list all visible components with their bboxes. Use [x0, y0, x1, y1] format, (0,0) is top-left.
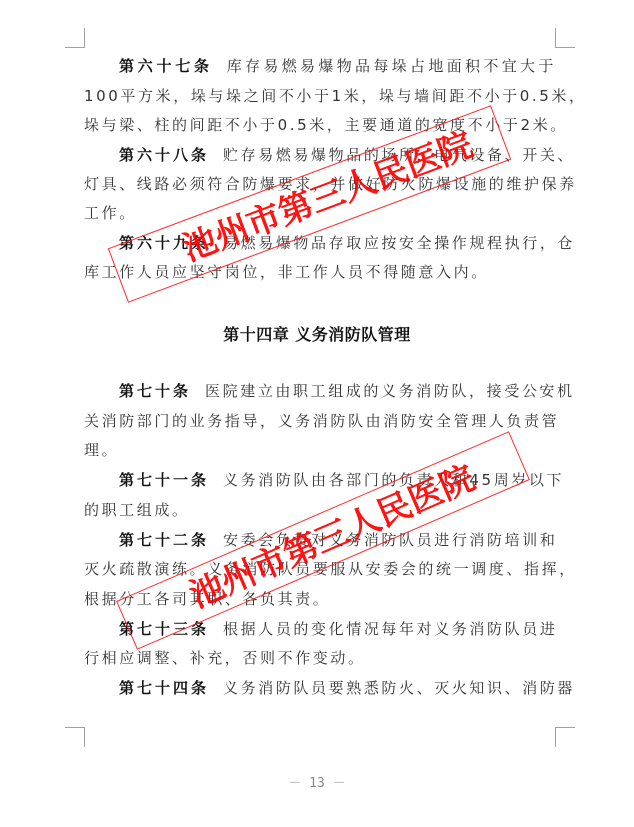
article-74-text: 义务消防队员要熟悉防火、灭火知识、消防器: [223, 679, 575, 697]
article-67-line-2: 100平方米，垛与垛之间不小于1米，垛与墙间距不小于0.5米，: [84, 85, 556, 107]
article-70-line-1: 第七十条医院建立由职工组成的义务消防队，接受公安机: [119, 380, 556, 402]
article-67-text: 库存易燃易爆物品每垛占地面积不宜大于: [227, 57, 556, 75]
article-74-label: 第七十四条: [119, 679, 209, 697]
article-72-label: 第七十二条: [119, 531, 209, 549]
margin-corner-bottom-right: [555, 727, 575, 747]
margin-corner-bottom-left: [65, 727, 85, 747]
article-67-label: 第六十七条: [119, 57, 213, 75]
article-67-line-1: 第六十七条库存易燃易爆物品每垛占地面积不宜大于: [119, 55, 556, 77]
article-70-line-2: 关消防部门的业务指导，义务消防队由消防安全管理人负责管: [84, 410, 556, 432]
article-70-text: 医院建立由职工组成的义务消防队，接受公安机: [205, 382, 575, 400]
page-number: － 13 －: [0, 772, 634, 791]
margin-corner-top-left: [65, 28, 85, 48]
article-73-line-2: 行相应调整、补充，否则不作变动。: [84, 647, 556, 669]
article-68-label: 第六十八条: [119, 146, 209, 164]
article-74-line-1: 第七十四条义务消防队员要熟悉防火、灭火知识、消防器: [119, 677, 556, 699]
article-70-label: 第七十条: [119, 382, 191, 400]
chapter-title: 第十四章 义务消防队管理: [0, 322, 634, 345]
margin-corner-top-right: [555, 28, 575, 48]
article-73-text: 根据人员的变化情况每年对义务消防队员进: [223, 620, 557, 638]
article-71-label: 第七十一条: [119, 471, 209, 489]
